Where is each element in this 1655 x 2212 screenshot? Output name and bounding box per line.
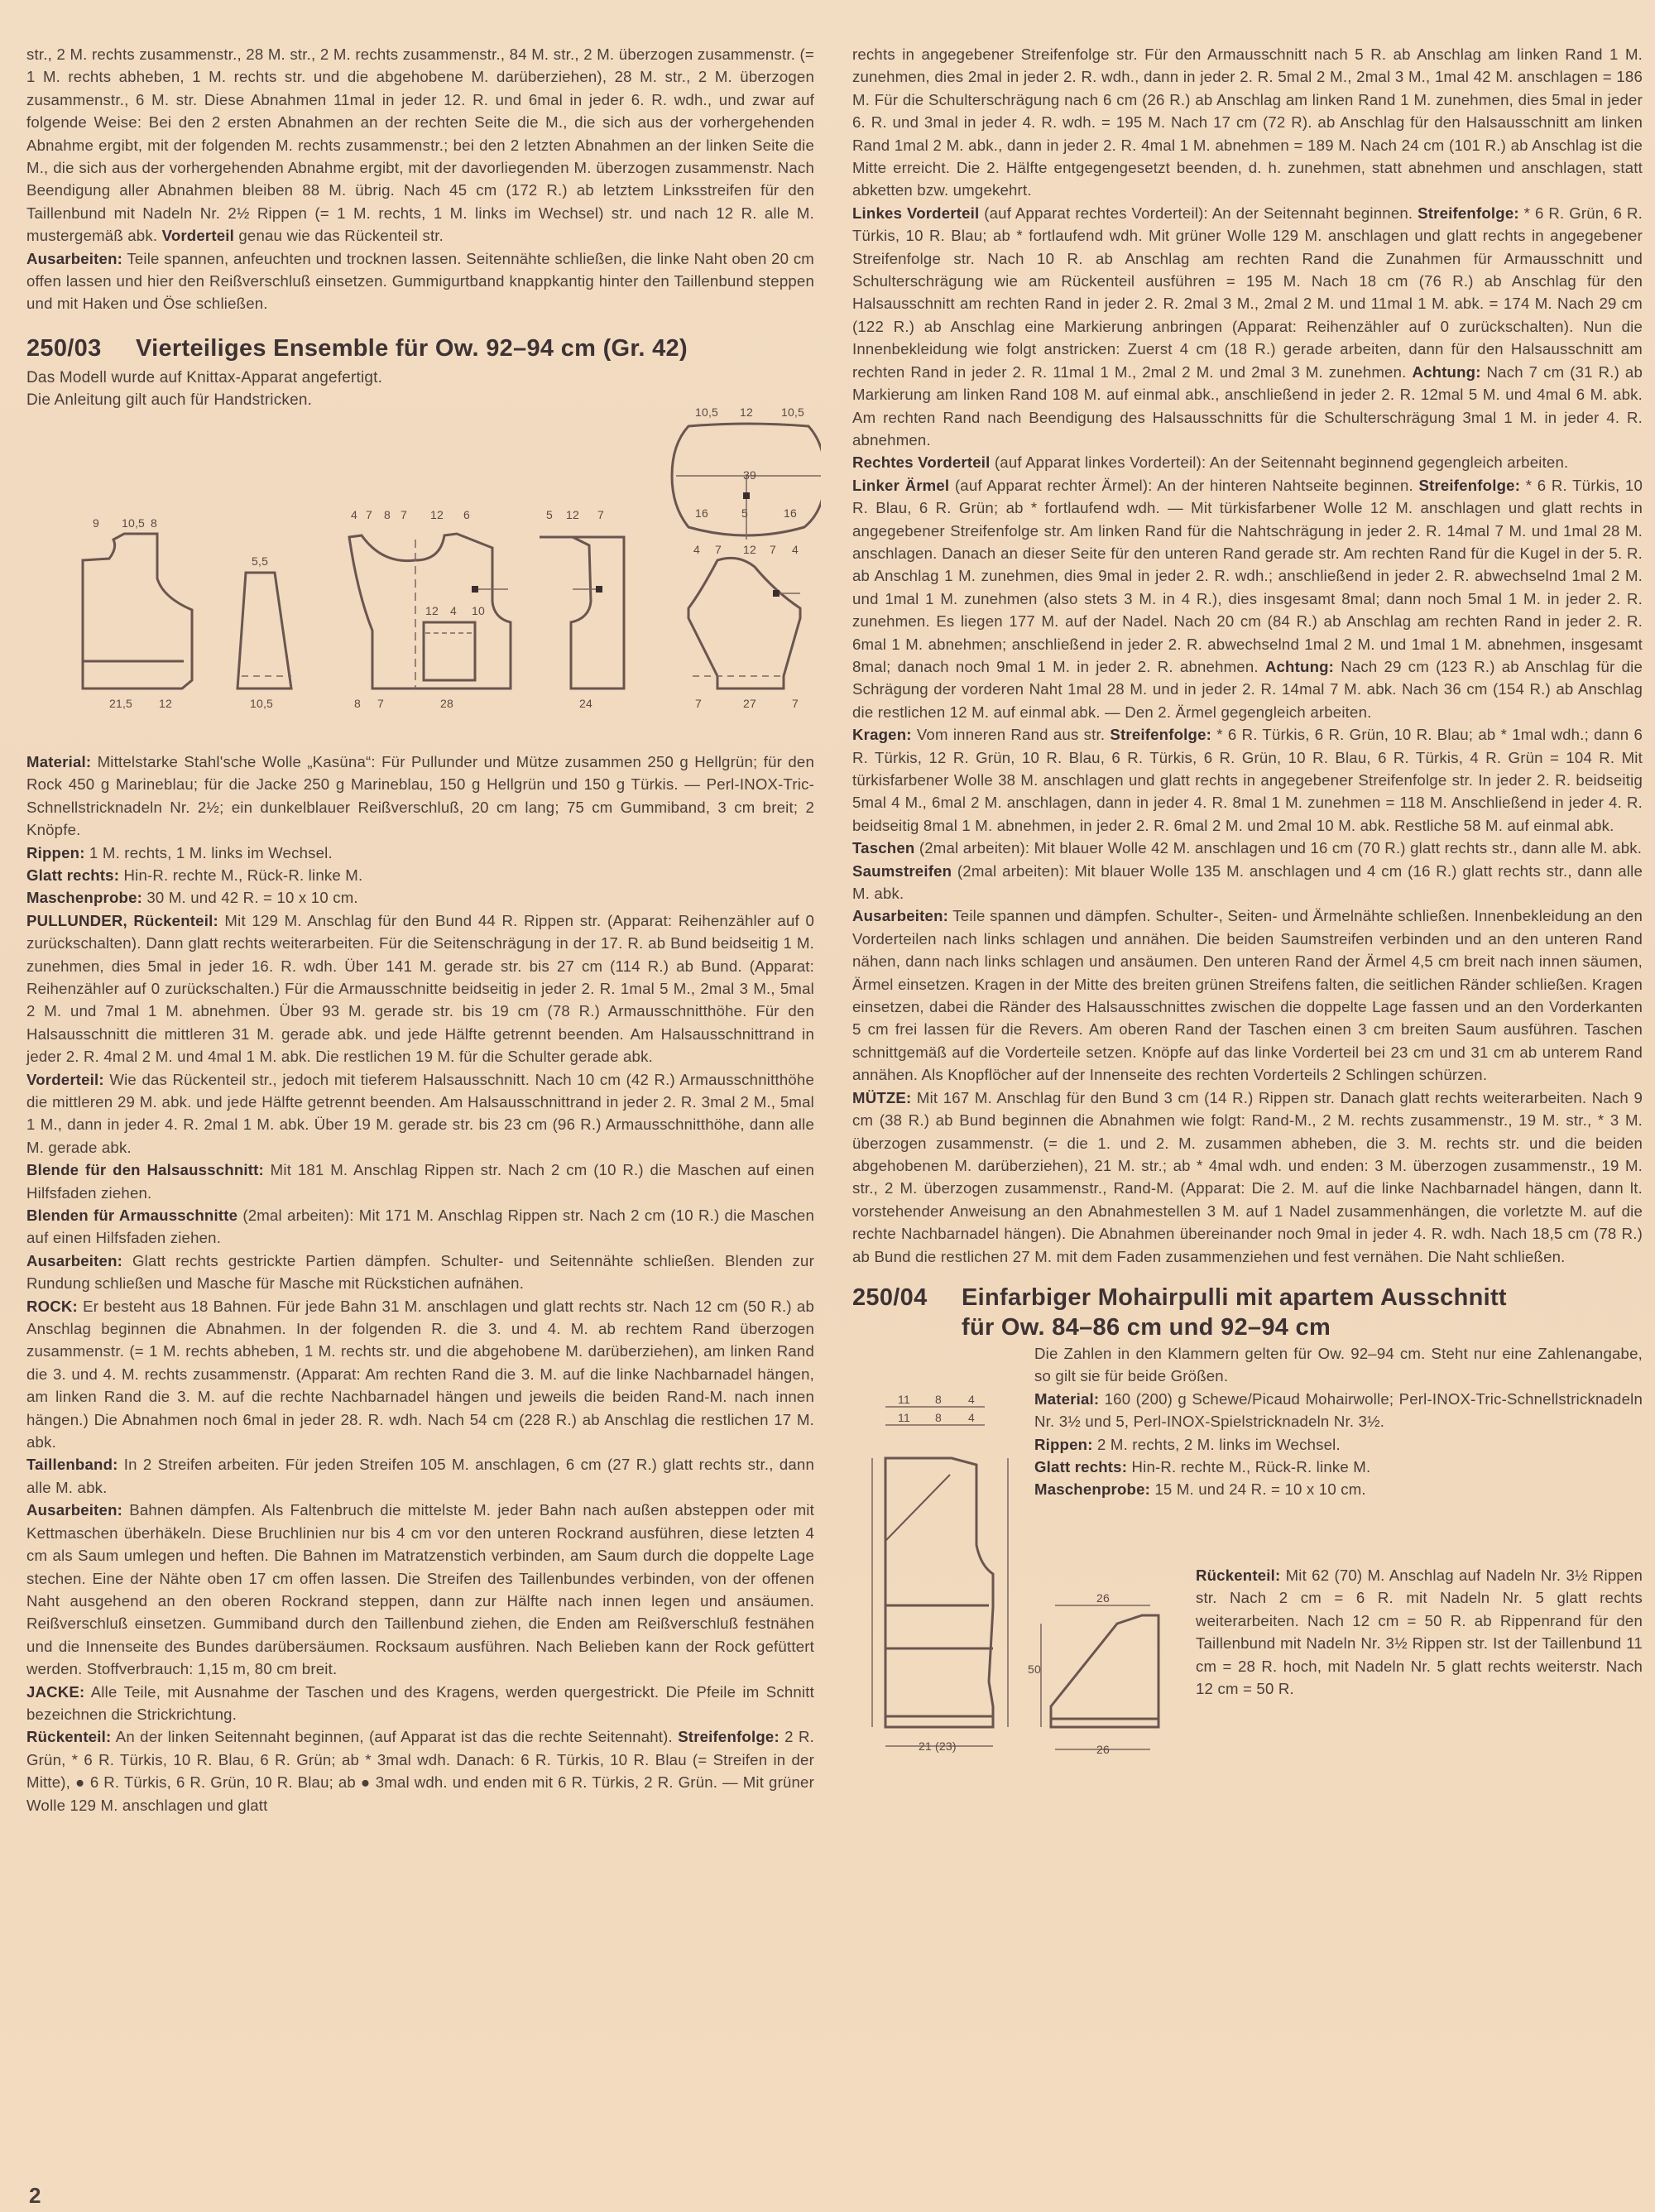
paragraph-label: MÜTZE: (852, 1089, 911, 1106)
dim-label: 4 (693, 543, 700, 556)
paragraph-label: Taillenband: (26, 1456, 118, 1473)
paragraph: Die Zahlen in den Klammern gelten für Ow… (1034, 1342, 1643, 1388)
paragraph-text: (2mal arbeiten): Mit blauer Wolle 42 M. … (914, 839, 1642, 856)
paragraph-text: Bahnen dämpfen. Als Faltenbruch die mitt… (26, 1501, 814, 1677)
paragraph-text: Mit 62 (70) M. Anschlag auf Nadeln Nr. 3… (1196, 1567, 1643, 1697)
paragraph-label: Ausarbeiten: (26, 1252, 122, 1269)
dim-label: 12 (740, 405, 753, 419)
dim-label: 26 (1096, 1591, 1110, 1605)
paragraph-text: Alle Teile, mit Ausnahme der Taschen und… (26, 1683, 814, 1723)
paragraph-label: Material: (26, 753, 91, 770)
dim-label: 8 (384, 508, 391, 521)
paragraph-text: (auf Apparat linkes Vorderteil): An der … (991, 453, 1569, 471)
paragraph: Glatt rechts: Hin-R. rechte M., Rück-R. … (1034, 1456, 1643, 1478)
paragraph-text: 2 M. rechts, 2 M. links im Wechsel. (1093, 1436, 1341, 1453)
dim-label: 8 (354, 697, 361, 710)
paragraph-label: Streifenfolge: (1418, 477, 1520, 494)
paragraph-label: Vorderteil: (26, 1071, 104, 1088)
paragraph: Blenden für Armausschnitte (2mal arbeite… (26, 1204, 814, 1250)
paragraph: Taschen (2mal arbeiten): Mit blauer Woll… (852, 837, 1643, 859)
paragraph-label: Linker Ärmel (852, 477, 949, 494)
dim-label: 5,5 (252, 554, 268, 568)
paragraph-label: PULLUNDER, Rückenteil: (26, 912, 218, 929)
paragraph: Linkes Vorderteil (auf Apparat rechtes V… (852, 202, 1643, 451)
paragraph-text: Teile spannen und dämpfen. Schulter-, Se… (852, 907, 1643, 1083)
dim-label: 10,5 (250, 697, 273, 710)
paragraph-label: Rückenteil: (1196, 1567, 1280, 1584)
paragraph-text: Die Zahlen in den Klammern gelten für Ow… (1034, 1345, 1643, 1384)
paragraph-label: Achtung: (1412, 363, 1480, 381)
paragraph: MÜTZE: Mit 167 M. Anschlag für den Bund … (852, 1087, 1643, 1268)
schematic-diagram-250-03: 10,5 12 10,5 39 4 7 12 7 4 9 10,5 8 21,5… (26, 362, 814, 751)
paragraph-label: Ausarbeiten: (26, 1501, 122, 1519)
paragraph: Linker Ärmel (auf Apparat rechter Ärmel)… (852, 474, 1643, 723)
paragraph-ausarbeiten: Ausarbeiten: Teile spannen, anfeuchten u… (26, 247, 814, 315)
dim-label: 8 (151, 516, 157, 530)
dim-label: 12 (159, 697, 172, 710)
dim-label: 21,5 (109, 697, 132, 710)
dim-label: 4 (792, 543, 799, 556)
paragraph-label: Streifenfolge: (678, 1728, 780, 1745)
paragraph-label: Linkes Vorderteil (852, 204, 979, 222)
paragraph: Saumstreifen (2mal arbeiten): Mit blauer… (852, 860, 1643, 905)
paragraph: Material: 160 (200) g Schewe/Picaud Moha… (1034, 1388, 1643, 1433)
paragraph-label: JACKE: (26, 1683, 84, 1701)
mohair-intro-paragraphs: Die Zahlen in den Klammern gelten für Ow… (1034, 1342, 1643, 1501)
paragraph-text: Wie das Rückenteil str., jedoch mit tief… (26, 1071, 814, 1156)
dim-label: 28 (440, 697, 453, 710)
left-column: str., 2 M. rechts zusammenstr., 28 M. st… (26, 43, 814, 1816)
dim-label: 10,5 (695, 405, 718, 419)
paragraph: Ausarbeiten: Bahnen dämpfen. Als Faltenb… (26, 1499, 814, 1680)
paragraph-label: Blende für den Halsausschnitt: (26, 1161, 264, 1178)
dim-label: 8 (935, 1411, 942, 1424)
paragraph-label: Streifenfolge: (1110, 726, 1211, 743)
paragraph: Rippen: 1 M. rechts, 1 M. links im Wechs… (26, 842, 814, 864)
paragraph-label: Saumstreifen (852, 862, 952, 880)
paragraph-label: Kragen: (852, 726, 912, 743)
dim-label: 27 (743, 697, 756, 710)
paragraph-rock-continuation: str., 2 M. rechts zusammenstr., 28 M. st… (26, 43, 814, 247)
paragraph-text: genau wie das Rückenteil str. (234, 227, 444, 244)
paragraph-text: * 6 R. Türkis, 10 R. Blau, 6 R. Grün; ab… (852, 477, 1643, 675)
dim-label: 6 (463, 508, 470, 521)
right-column: rechts in angegebener Streifenfolge str.… (852, 43, 1643, 1773)
paragraph-text: An der linken Seitennaht beginnen, (auf … (111, 1728, 678, 1745)
paragraph-label: Maschenprobe: (26, 889, 142, 906)
paragraph: Maschenprobe: 30 M. und 42 R. = 10 x 10 … (26, 886, 814, 909)
paragraph-label: Rippen: (26, 844, 85, 861)
paragraph-text: Vom inneren Rand aus str. (912, 726, 1111, 743)
paragraph-label: Rechtes Vorderteil (852, 453, 991, 471)
dim-label: 12 (425, 604, 439, 617)
dim-label: 11 (898, 1411, 910, 1424)
paragraph-text: (auf Apparat rechtes Vorderteil): An der… (979, 204, 1418, 222)
paragraph-label: ROCK: (26, 1298, 78, 1315)
paragraph: Ausarbeiten: Glatt rechts gestrickte Par… (26, 1250, 814, 1295)
section-heading-250-04-line2: für Ow. 84–86 cm und 92–94 cm (852, 1312, 1643, 1342)
paragraph: Ausarbeiten: Teile spannen und dämpfen. … (852, 904, 1643, 1086)
dim-label: 4 (351, 508, 357, 521)
paragraph-text: 15 M. und 24 R. = 10 x 10 cm. (1150, 1480, 1366, 1498)
dim-label: 7 (695, 697, 702, 710)
paragraph-text: 1 M. rechts, 1 M. links im Wechsel. (85, 844, 333, 861)
paragraph-label: Blenden für Armausschnitte (26, 1207, 237, 1224)
paragraph: JACKE: Alle Teile, mit Ausnahme der Tasc… (26, 1681, 814, 1726)
pattern-title: Einfarbiger Mohairpulli mit apartem Auss… (962, 1284, 1507, 1311)
dim-label: 16 (695, 506, 708, 520)
mohair-rueckenteil: Rückenteil: Mit 62 (70) M. Anschlag auf … (1196, 1564, 1643, 1700)
paragraph-text: (auf Apparat rechter Ärmel): An der hint… (949, 477, 1418, 494)
paragraph-label: Glatt rechts: (26, 866, 119, 884)
dim-label: 50 (1028, 1663, 1041, 1676)
dim-label: 8 (935, 1393, 942, 1406)
paragraph-text: In 2 Streifen arbeiten. Für jeden Streif… (26, 1456, 814, 1495)
dim-label: 4 (968, 1393, 975, 1406)
paragraph-text: rechts in angegebener Streifenfolge str.… (852, 46, 1643, 199)
right-paragraph-list: rechts in angegebener Streifenfolge str.… (852, 43, 1643, 1268)
paragraph-text: Mit 129 M. Anschlag für den Bund 44 R. R… (26, 912, 814, 1065)
paragraph-label: Achtung: (1265, 658, 1334, 675)
dim-label: 11 (898, 1393, 910, 1406)
dim-label: 5 (741, 506, 748, 520)
dim-label: 12 (743, 543, 756, 556)
dim-label: 12 (566, 508, 579, 521)
pattern-title-line2: für Ow. 84–86 cm und 92–94 cm (962, 1314, 1331, 1341)
dim-label: 10 (472, 604, 485, 617)
paragraph: Maschenprobe: 15 M. und 24 R. = 10 x 10 … (1034, 1478, 1643, 1500)
paragraph: Rückenteil: An der linken Seitennaht beg… (26, 1725, 814, 1816)
dim-label: 10,5 (122, 516, 145, 530)
paragraph-text: * 6 R. Grün, 6 R. Türkis, 10 R. Blau; ab… (852, 204, 1643, 381)
paragraph-label: Rückenteil: (26, 1728, 111, 1745)
paragraph-text: Teile spannen, anfeuchten und trocknen l… (26, 250, 814, 313)
dim-label: 7 (377, 697, 384, 710)
garment-schematics-svg: 10,5 12 10,5 39 4 7 12 7 4 9 10,5 8 21,5… (26, 362, 821, 751)
dim-label: 4 (968, 1411, 975, 1424)
dim-label: 7 (792, 697, 799, 710)
paragraph-text: Glatt rechts gestrickte Partien dämpfen.… (26, 1252, 814, 1292)
paragraph: Rechtes Vorderteil (auf Apparat linkes V… (852, 451, 1643, 473)
paragraph: Material: Mittelstarke Stahl'sche Wolle … (26, 751, 814, 842)
paragraph-label: Ausarbeiten: (26, 250, 122, 267)
section-heading-250-04: 250/04Einfarbiger Mohairpulli mit aparte… (852, 1283, 1643, 1312)
paragraph-text: 30 M. und 42 R. = 10 x 10 cm. (142, 889, 358, 906)
dim-label: 12 (430, 508, 444, 521)
paragraph-label: Vorderteil (162, 227, 234, 244)
paragraph: Kragen: Vom inneren Rand aus str. Streif… (852, 723, 1643, 837)
paragraph-text: (2mal arbeiten): Mit blauer Wolle 135 M.… (852, 862, 1643, 902)
paragraph-text: Mittelstarke Stahl'sche Wolle „Kasüna“: … (26, 753, 814, 838)
paragraph: PULLUNDER, Rückenteil: Mit 129 M. Anschl… (26, 909, 814, 1068)
dim-label: 7 (597, 508, 604, 521)
paragraph-text: Hin-R. rechte M., Rück-R. linke M. (119, 866, 362, 884)
dim-label: 7 (715, 543, 722, 556)
paragraph-label: Material: (1034, 1390, 1099, 1408)
pattern-title: Vierteiliges Ensemble für Ow. 92–94 cm (… (136, 335, 688, 362)
paragraph-label: Rippen: (1034, 1436, 1093, 1453)
magazine-page: str., 2 M. rechts zusammenstr., 28 M. st… (0, 0, 1655, 2212)
paragraph: ROCK: Er besteht aus 18 Bahnen. Für jede… (26, 1295, 814, 1454)
section-250-04-body: 11 8 4 11 8 4 21 (23) 26 26 50 Die Zahle… (852, 1342, 1643, 1773)
section-heading-250-03: 250/03Vierteiliges Ensemble für Ow. 92–9… (26, 333, 814, 363)
dim-label: 9 (93, 516, 99, 530)
dim-label: 39 (743, 468, 756, 482)
dim-label: 4 (450, 604, 457, 617)
paragraph: Blende für den Halsausschnitt: Mit 181 M… (26, 1159, 814, 1204)
paragraph-text: Mit 167 M. Anschlag für den Bund 3 cm (1… (852, 1089, 1643, 1265)
dim-label: 7 (770, 543, 776, 556)
paragraph-text: str., 2 M. rechts zusammenstr., 28 M. st… (26, 46, 814, 244)
paragraph-text: Hin-R. rechte M., Rück-R. linke M. (1127, 1458, 1370, 1475)
paragraph: Glatt rechts: Hin-R. rechte M., Rück-R. … (26, 864, 814, 886)
dim-label: 26 (1096, 1743, 1110, 1756)
paragraph-text: 160 (200) g Schewe/Picaud Mohairwolle; P… (1034, 1390, 1643, 1430)
dim-label: 5 (546, 508, 553, 521)
dim-label: 24 (579, 697, 592, 710)
dim-label: 10,5 (781, 405, 804, 419)
paragraph-label: Glatt rechts: (1034, 1458, 1127, 1475)
paragraph-label: Maschenprobe: (1034, 1480, 1150, 1498)
paragraph-label: Taschen (852, 839, 914, 856)
pattern-number: 250/03 (26, 333, 136, 363)
left-paragraph-list: Material: Mittelstarke Stahl'sche Wolle … (26, 751, 814, 1816)
paragraph: Taillenband: In 2 Streifen arbeiten. Für… (26, 1453, 814, 1499)
dim-label: 16 (784, 506, 797, 520)
paragraph-label: Streifenfolge: (1418, 204, 1519, 222)
dim-label: 7 (401, 508, 407, 521)
dim-label: 21 (23) (919, 1739, 957, 1753)
paragraph: rechts in angegebener Streifenfolge str.… (852, 43, 1643, 202)
pattern-number: 250/04 (852, 1283, 962, 1312)
page-number: 2 (29, 2183, 41, 2209)
paragraph-label: Ausarbeiten: (852, 907, 948, 924)
paragraph: Rippen: 2 M. rechts, 2 M. links im Wechs… (1034, 1433, 1643, 1456)
paragraph-text: Er besteht aus 18 Bahnen. Für jede Bahn … (26, 1298, 814, 1451)
paragraph: Vorderteil: Wie das Rückenteil str., jed… (26, 1068, 814, 1159)
dim-label: 7 (366, 508, 372, 521)
